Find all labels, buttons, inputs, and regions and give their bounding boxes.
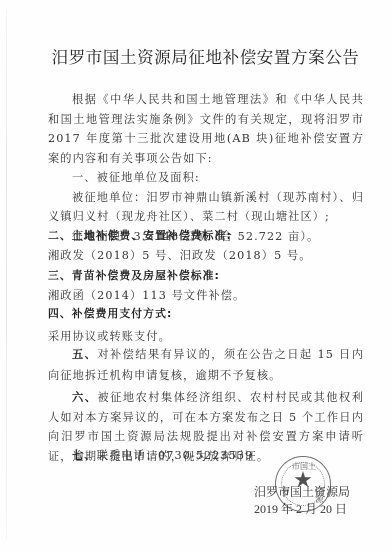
section-1-heading: 一、被征地单位及面积: bbox=[48, 168, 364, 188]
contact-phone: 联系电话：0730-5223539 bbox=[97, 449, 254, 462]
issuer-name: 汨罗市国土资源局 bbox=[254, 484, 350, 501]
section-3: 三、青苗补偿费及房屋补偿标准: 湘政函（2014）113 号文件补偿。 bbox=[48, 266, 364, 305]
section-5-lead: 五、 bbox=[72, 347, 97, 361]
page-title: 汨罗市国土资源局征地补偿安置方案公告 bbox=[0, 44, 391, 68]
section-4: 四、补偿费用支付方式: 采用协议或转账支付。 bbox=[48, 304, 364, 346]
issue-date: 2019 年 2 月 20 日 bbox=[254, 501, 350, 518]
section-2-heading: 二、土地补偿费、安置补偿费标准: bbox=[48, 226, 364, 246]
document-page: 汨罗市国土资源局征地补偿安置方案公告 根据《中华人民共和国土地管理法》和《中华人… bbox=[0, 0, 391, 552]
intro-block: 根据《中华人民共和国土地管理法》和《中华人民共和国土地管理法实施条例》文件的有关… bbox=[48, 90, 364, 168]
signature-block: 汨罗市国土资源局 2019 年 2 月 20 日 bbox=[254, 484, 350, 518]
section-1-units: 被征地单位：汨罗市神鼎山镇新溪村（现苏南村）、归义镇归义村（现龙舟社区）、菜二村… bbox=[48, 188, 364, 227]
section-7-lead: 七、 bbox=[72, 448, 97, 462]
scan-edge-line bbox=[6, 10, 7, 540]
section-6-lead: 六、 bbox=[72, 390, 97, 404]
section-2-line: 湘政发（2018）5 号、汨政发（2018）5 号。 bbox=[48, 246, 364, 266]
section-3-line: 湘政函（2014）113 号文件补偿。 bbox=[48, 286, 364, 306]
section-5: 五、对补偿结果有异议的，须在公告之日起 15 日内向征地拆迁机构申请复核，逾期不… bbox=[48, 344, 364, 386]
section-4-heading: 四、补偿费用支付方式: bbox=[48, 304, 364, 324]
section-2: 二、土地补偿费、安置补偿费标准: 湘政发（2018）5 号、汨政发（2018）5… bbox=[48, 226, 364, 265]
intro-paragraph: 根据《中华人民共和国土地管理法》和《中华人民共和国土地管理法实施条例》文件的有关… bbox=[48, 90, 364, 168]
section-3-heading: 三、青苗补偿费及房屋补偿标准: bbox=[48, 266, 364, 286]
